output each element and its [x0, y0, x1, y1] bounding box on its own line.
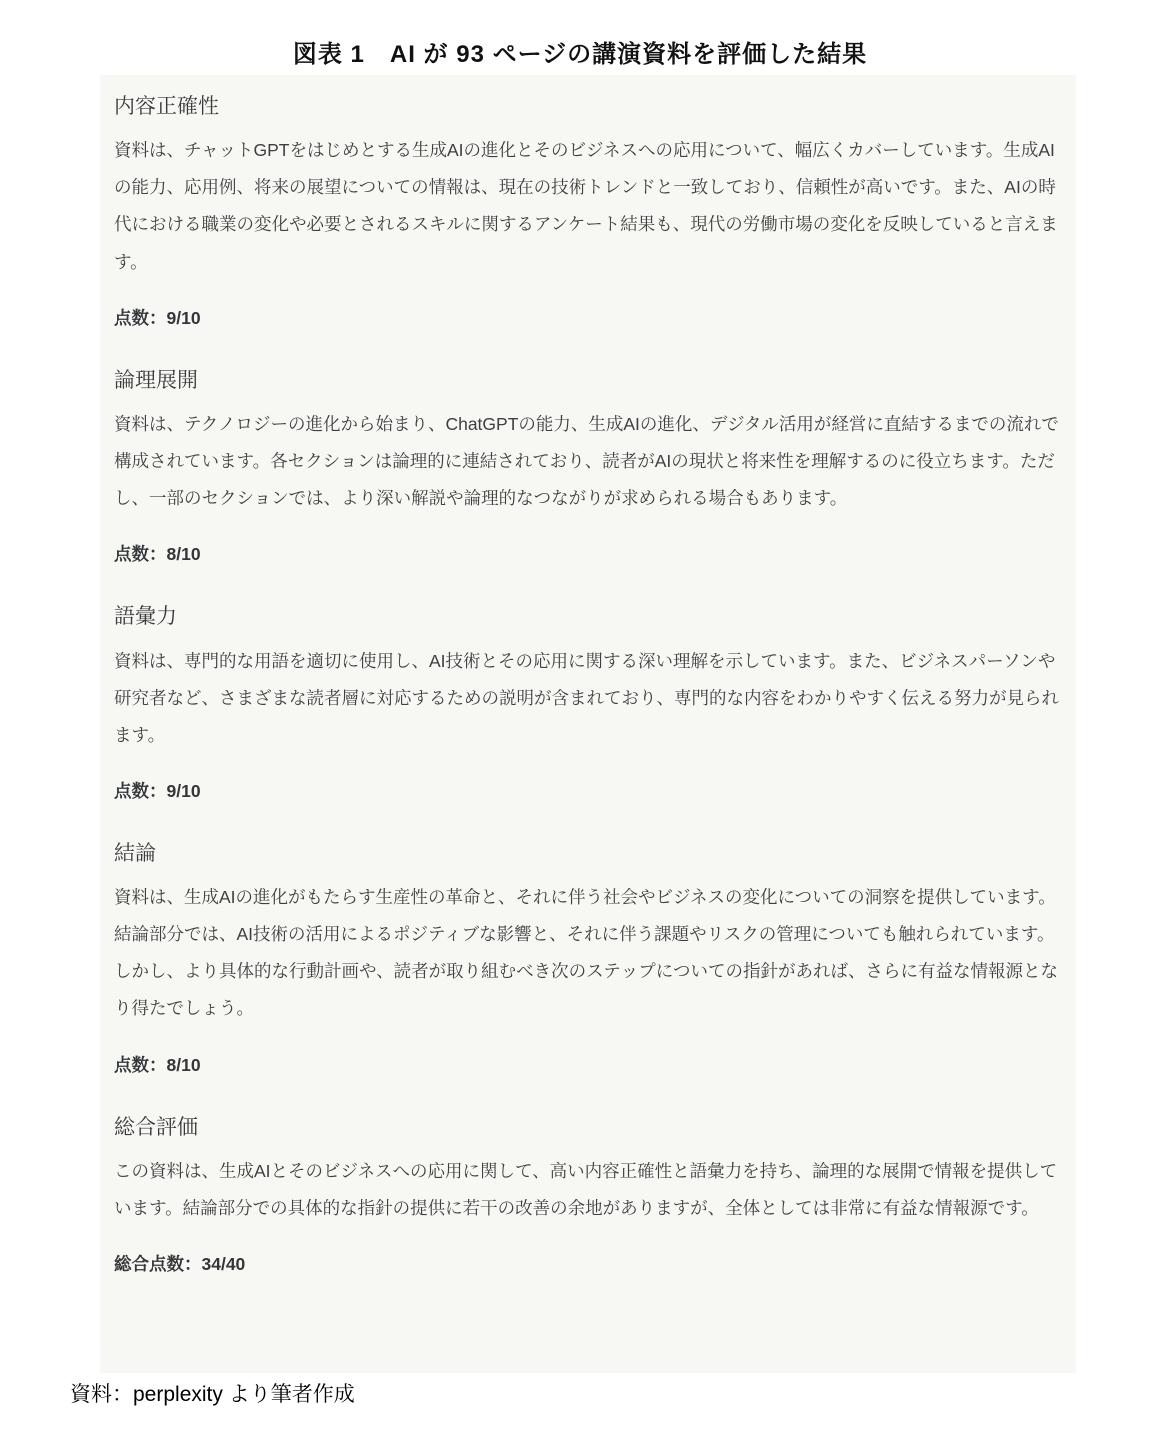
section-heading: 結論 [114, 840, 1060, 867]
section-overall-evaluation: 総合評価 この資料は、生成AIとそのビジネスへの応用に関して、高い内容正確性と語… [114, 1114, 1060, 1276]
section-score: 総合点数：34/40 [114, 1251, 1060, 1276]
section-score: 点数：9/10 [114, 305, 1060, 330]
section-vocabulary: 語彙力 資料は、専門的な用語を適切に使用し、AI技術とその応用に関する深い理解を… [114, 603, 1060, 803]
section-heading: 総合評価 [114, 1114, 1060, 1141]
section-score: 点数：8/10 [114, 541, 1060, 566]
section-heading: 内容正確性 [114, 93, 1060, 120]
section-heading: 語彙力 [114, 603, 1060, 630]
evaluation-panel: 内容正確性 資料は、チャットGPTをはじめとする生成AIの進化とそのビジネスへの… [100, 75, 1076, 1373]
section-score: 点数：9/10 [114, 778, 1060, 803]
figure-title: 図表 1 AI が 93 ページの講演資料を評価した結果 [0, 34, 1160, 69]
section-body: 資料は、テクノロジーの進化から始まり、ChatGPTの能力、生成AIの進化、デジ… [114, 406, 1060, 517]
source-caption: 資料：perplexity より筆者作成 [70, 1378, 355, 1408]
section-content-accuracy: 内容正確性 資料は、チャットGPTをはじめとする生成AIの進化とそのビジネスへの… [114, 93, 1060, 330]
section-body: 資料は、専門的な用語を適切に使用し、AI技術とその応用に関する深い理解を示してい… [114, 643, 1060, 754]
section-body: 資料は、生成AIの進化がもたらす生産性の革命と、それに伴う社会やビジネスの変化に… [114, 879, 1060, 1027]
section-body: 資料は、チャットGPTをはじめとする生成AIの進化とそのビジネスへの応用について… [114, 132, 1060, 280]
section-score: 点数：8/10 [114, 1052, 1060, 1077]
section-conclusion: 結論 資料は、生成AIの進化がもたらす生産性の革命と、それに伴う社会やビジネスの… [114, 840, 1060, 1077]
section-body: この資料は、生成AIとそのビジネスへの応用に関して、高い内容正確性と語彙力を持ち… [114, 1153, 1060, 1227]
section-logical-flow: 論理展開 資料は、テクノロジーの進化から始まり、ChatGPTの能力、生成AIの… [114, 367, 1060, 567]
section-heading: 論理展開 [114, 367, 1060, 394]
